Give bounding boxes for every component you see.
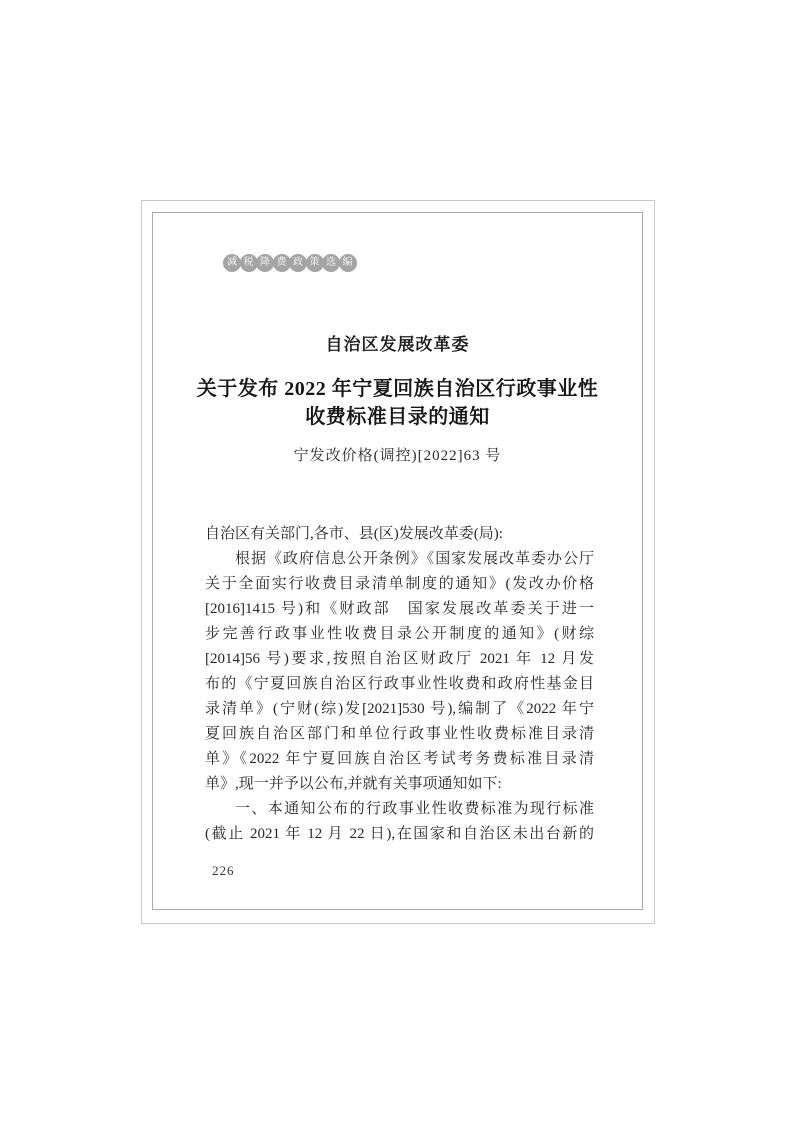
inner-page-border: 减 税 降 费 政 策 选 编 自治区发展改革委 关于发布 2022 年宁夏回族… <box>152 212 643 910</box>
issuing-agency: 自治区发展改革委 <box>153 333 642 357</box>
stamp-character: 编 <box>339 254 357 272</box>
document-title-line1: 关于发布 2022 年宁夏回族自治区行政事业性 <box>153 375 642 403</box>
document-body: 自治区有关部门,各市、县(区)发展改革委(局): 根据《政府信息公开条例》《国家… <box>205 522 594 847</box>
stamp-character: 策 <box>306 254 324 272</box>
body-line: 步完善行政事业性收费目录公开制度的通知》(财综 <box>205 622 594 647</box>
body-line: 一、本通知公布的行政事业性收费标准为现行标准 <box>205 797 594 822</box>
body-line: 自治区有关部门,各市、县(区)发展改革委(局): <box>205 522 594 547</box>
document-number: 宁发改价格(调控)[2022]63 号 <box>153 445 642 467</box>
stamp-character: 费 <box>273 254 291 272</box>
body-line: 单》,现一并予以公布,并就有关事项通知如下: <box>205 772 594 797</box>
outer-page-border: 减 税 降 费 政 策 选 编 自治区发展改革委 关于发布 2022 年宁夏回族… <box>141 200 655 924</box>
body-line: [2014]56 号)要求,按照自治区财政厅 2021 年 12 月发 <box>205 647 594 672</box>
stamp-character: 税 <box>240 254 258 272</box>
body-line: 关于全面实行收费目录清单制度的通知》(发改办价格 <box>205 572 594 597</box>
series-stamp: 减 税 降 费 政 策 选 编 <box>223 253 355 273</box>
document-title-line2: 收费标准目录的通知 <box>153 403 642 431</box>
stamp-character: 选 <box>322 254 340 272</box>
body-line: 根据《政府信息公开条例》《国家发展改革委办公厅 <box>205 547 594 572</box>
stamp-character: 减 <box>223 254 241 272</box>
body-line: 夏回族自治区部门和单位行政事业性收费标准目录清 <box>205 722 594 747</box>
body-line: [2016]1415 号)和《财政部 国家发展改革委关于进一 <box>205 597 594 622</box>
body-line: 布的《宁夏回族自治区行政事业性收费和政府性基金目 <box>205 672 594 697</box>
document-title: 关于发布 2022 年宁夏回族自治区行政事业性 收费标准目录的通知 <box>153 375 642 431</box>
stamp-character: 政 <box>289 254 307 272</box>
stamp-character: 降 <box>256 254 274 272</box>
body-line: (截止 2021 年 12 月 22 日),在国家和自治区未出台新的 <box>205 822 594 847</box>
page-number: 226 <box>212 863 235 879</box>
body-line: 录清单》(宁财(综)发[2021]530 号),编制了《2022 年宁 <box>205 697 594 722</box>
body-line: 单》《2022 年宁夏回族自治区考试考务费标准目录清 <box>205 747 594 772</box>
